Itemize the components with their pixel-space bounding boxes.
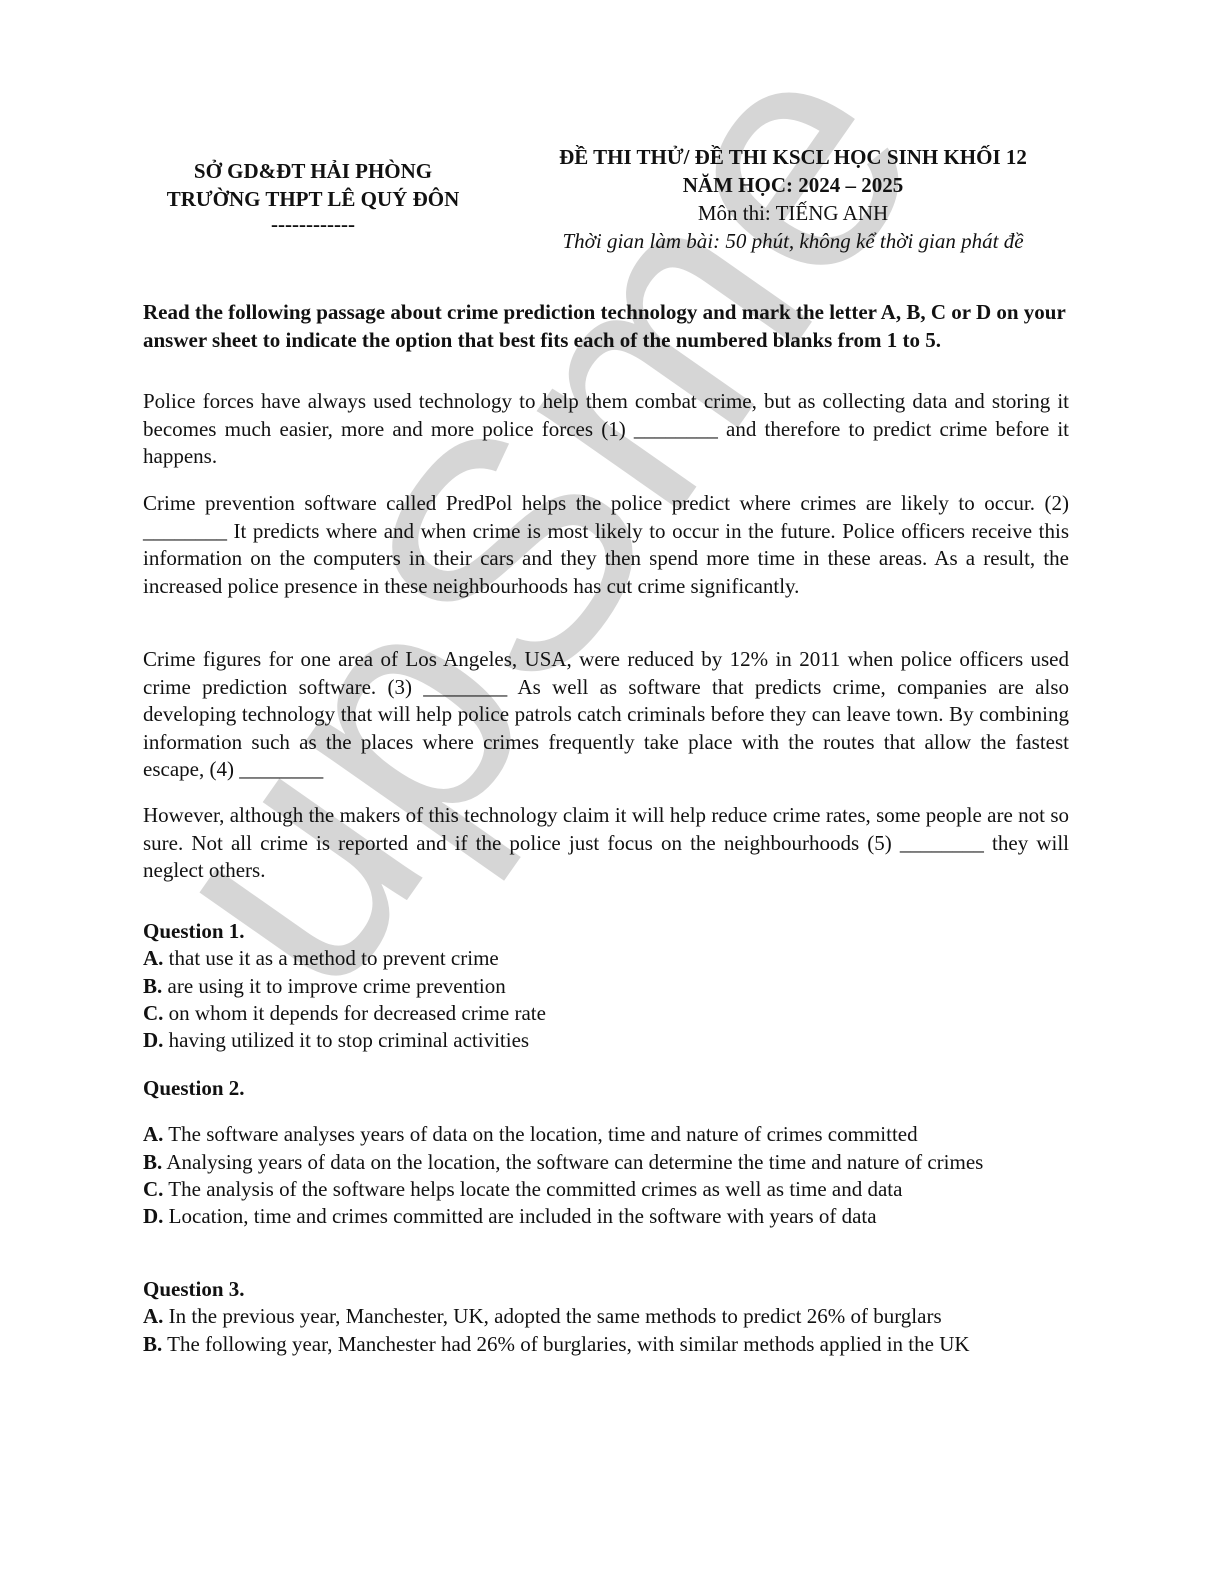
exam-header: ĐỀ THI THỬ/ ĐỀ THI KSCL HỌC SINH KHỐI 12…: [508, 143, 1078, 255]
school-year: NĂM HỌC: 2024 – 2025: [508, 171, 1078, 199]
passage-paragraph-4: However, although the makers of this tec…: [143, 802, 1069, 885]
question-title: Question 3.: [143, 1276, 1069, 1303]
option-c[interactable]: C. The analysis of the software helps lo…: [143, 1176, 1069, 1203]
department-name: SỞ GD&ĐT HẢI PHÒNG: [143, 157, 483, 185]
exam-title: ĐỀ THI THỬ/ ĐỀ THI KSCL HỌC SINH KHỐI 12: [508, 143, 1078, 171]
option-b[interactable]: B. are using it to improve crime prevent…: [143, 973, 1069, 1000]
option-d[interactable]: D. Location, time and crimes committed a…: [143, 1203, 1069, 1230]
exam-duration: Thời gian làm bài: 50 phút, không kể thờ…: [508, 227, 1078, 255]
option-d[interactable]: D. having utilized it to stop criminal a…: [143, 1027, 1069, 1054]
subject: Môn thi: TIẾNG ANH: [508, 199, 1078, 227]
option-b[interactable]: B. The following year, Manchester had 26…: [143, 1331, 1069, 1358]
school-name: TRƯỜNG THPT LÊ QUÝ ĐÔN: [143, 185, 483, 213]
header-divider: ------------: [143, 213, 483, 235]
passage-paragraph-2: Crime prevention software called PredPol…: [143, 490, 1069, 600]
question-1: Question 1. A. that use it as a method t…: [143, 918, 1069, 1054]
passage-paragraph-1: Police forces have always used technolog…: [143, 388, 1069, 471]
question-title: Question 2.: [143, 1075, 1069, 1102]
option-c[interactable]: C. on whom it depends for decreased crim…: [143, 1000, 1069, 1027]
instruction: Read the following passage about crime p…: [143, 299, 1069, 354]
option-a[interactable]: A. that use it as a method to prevent cr…: [143, 945, 1069, 972]
option-b[interactable]: B. Analysing years of data on the locati…: [143, 1149, 1069, 1176]
passage-paragraph-3: Crime figures for one area of Los Angele…: [143, 646, 1069, 784]
question-3: Question 3. A. In the previous year, Man…: [143, 1276, 1069, 1358]
option-a[interactable]: A. In the previous year, Manchester, UK,…: [143, 1303, 1069, 1330]
question-2: Question 2. A. The software analyses yea…: [143, 1075, 1069, 1230]
option-a[interactable]: A. The software analyses years of data o…: [143, 1121, 1069, 1148]
question-title: Question 1.: [143, 918, 1069, 945]
school-header: SỞ GD&ĐT HẢI PHÒNG TRƯỜNG THPT LÊ QUÝ ĐÔ…: [143, 157, 483, 235]
